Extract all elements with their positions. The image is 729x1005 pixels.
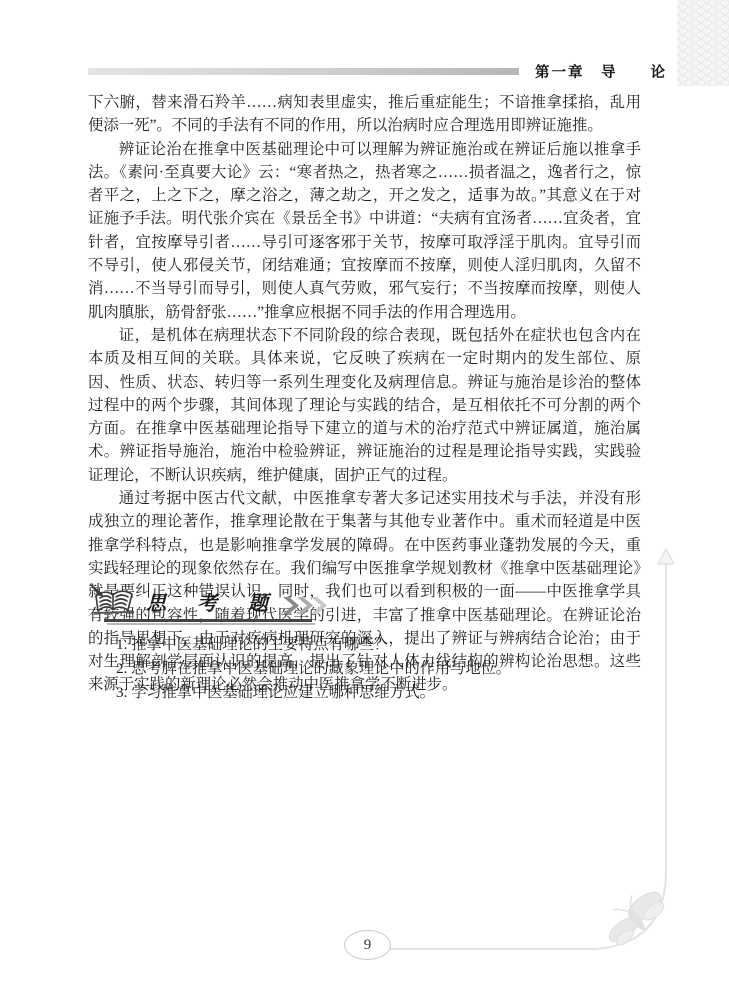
section-underline (104, 619, 312, 622)
review-questions-title: 思 考 题 (146, 594, 281, 618)
page-number-value: 9 (364, 937, 372, 954)
paragraph: 证，是机体在病理状态下不同阶段的综合表现，既包括外在症状也包含内在本质及相互间的… (88, 324, 641, 487)
butterfly-icon (597, 881, 671, 950)
triple-chevron-right-icon (283, 597, 335, 614)
header-rule-bar (88, 68, 519, 75)
scale-pattern-ornament (677, 0, 729, 86)
page-number: 9 (344, 930, 391, 960)
footer-rule (387, 948, 559, 950)
chapter-header: 第一章 导 论 (88, 63, 667, 79)
open-book-pen-icon (88, 582, 140, 618)
book-page: 第一章 导 论 下六腑，替来滑石羚羊……病知表里虚实，推后重症能生；不谙推拿揉掐… (0, 0, 729, 1005)
up-arrow-icon (658, 549, 674, 564)
paragraph: 辨证论治在推拿中医基础理论中可以理解为辨证施治或在辨证后施以推拿手法。《素问·至… (88, 138, 641, 324)
paragraph: 下六腑，替来滑石羚羊……病知表里虚实，推后重症能生；不谙推拿揉掐，乱用便添一死”… (88, 91, 641, 138)
butterfly-corner-ornament (555, 546, 729, 1005)
chapter-title: 第一章 导 论 (535, 61, 667, 82)
